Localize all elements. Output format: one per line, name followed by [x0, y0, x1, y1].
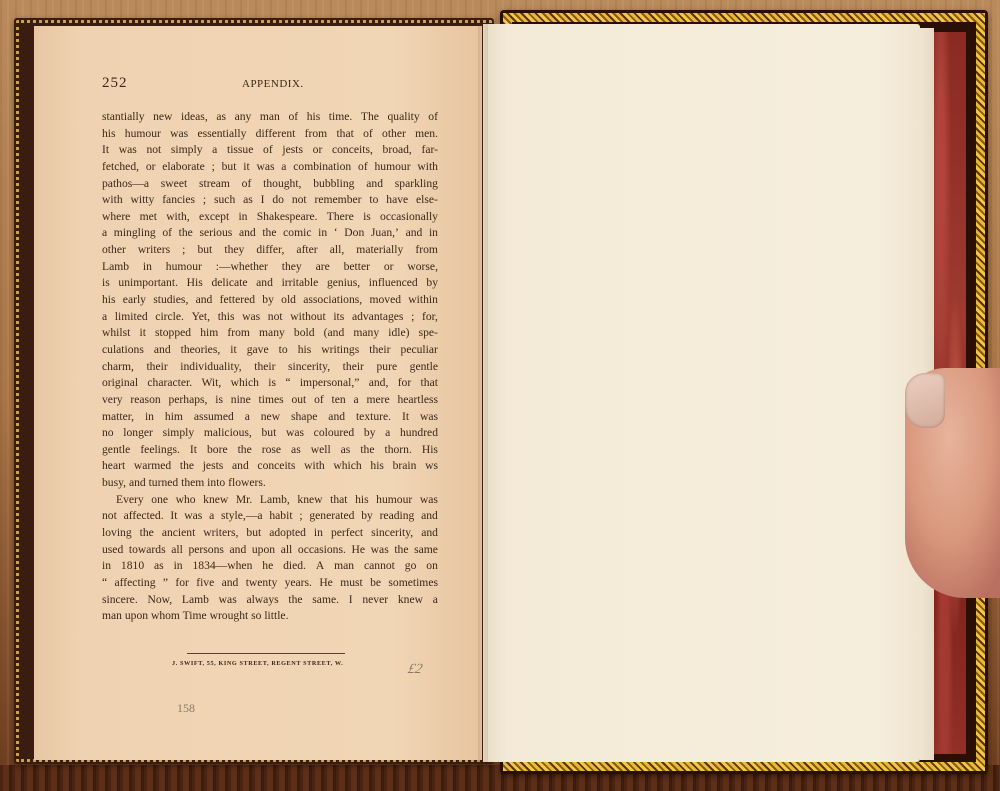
- text-line: aminglingoftheseriousandthecomicin‘DonJu…: [102, 225, 438, 242]
- text-line: withwittyfancies;suchasIdonotremembertoh…: [102, 192, 438, 209]
- text-line: stantiallynewideas,asanymanofhistime.The…: [102, 109, 438, 126]
- printer-imprint: J. SWIFT, 55, KING STREET, REGENT STREET…: [172, 660, 343, 667]
- running-title: APPENDIX.: [242, 78, 304, 90]
- text-line: pathos—asweetstreamofthought,bubblingand…: [102, 176, 438, 193]
- text-line: Lambinhumour:—whethertheyarebetterorwors…: [102, 259, 438, 276]
- pencil-number: 158: [177, 701, 195, 716]
- text-line: matter,inhimassumedanewshapeandtexture.I…: [102, 409, 438, 426]
- right-page-blank: [483, 24, 920, 762]
- text-line: usedtowardsallpersonsanduponalloccasions…: [102, 542, 438, 559]
- body-text: stantiallynewideas,asanymanofhistime.The…: [102, 109, 438, 625]
- text-line: EveryonewhoknewMr.Lamb,knewthathishumour…: [102, 492, 438, 509]
- running-head: 252 APPENDIX.: [102, 72, 438, 96]
- text-line: fetched,orelaborate;butitwasacombination…: [102, 159, 438, 176]
- text-line: culationsandtheories,itgavetohiswritings…: [102, 342, 438, 359]
- text-line: notaffected.Itwasastyle,—ahabit;generate…: [102, 508, 438, 525]
- text-line: veryreasonperhaps,isninetimesoutoftename…: [102, 392, 438, 409]
- text-line: otherwriters;buttheydiffer,afterall,mate…: [102, 242, 438, 259]
- text-line: isunimportant.Hisdelicateandirritablegen…: [102, 275, 438, 292]
- thumbnail: [905, 373, 945, 428]
- text-line: “affecting”forfiveandtwentyyears.Hemustb…: [102, 575, 438, 592]
- book-gutter: [478, 24, 488, 762]
- text-line: charm,theirindividuality,theirsincerity,…: [102, 359, 438, 376]
- text-line: gentlefeelings.Itboretheroseaswellasthet…: [102, 442, 438, 459]
- text-line: hisearlystudies,andfetteredbyoldassociat…: [102, 292, 438, 309]
- printed-text-block: 252 APPENDIX. stantiallynewideas,asanyma…: [102, 72, 438, 625]
- text-line: whilstitstoppedhimfrommanybold(andmanyid…: [102, 325, 438, 342]
- text-line: originalcharacter.Wit,whichis“impersonal…: [102, 375, 438, 392]
- text-line: Itwasnotsimplyatissueofjestsorconceits,b…: [102, 142, 438, 159]
- text-line: busy, and turned them into flowers.: [102, 475, 438, 492]
- text-line: nolongersimplymalicious,butwascolouredby…: [102, 425, 438, 442]
- text-line: hishumourwasessentiallydifferentfromthat…: [102, 126, 438, 143]
- text-line: alimitedcircle.Yet,thiswasnotwithoutitsa…: [102, 309, 438, 326]
- text-line: in1810asin1834—whenhedied.Amancannotgoon: [102, 558, 438, 575]
- text-line: sincere.Now,Lambwasalwaysthesame.Ineverk…: [102, 592, 438, 609]
- text-line: heartwarmedthejestsandconceitswithwhichh…: [102, 458, 438, 475]
- text-line: wheremetwith,exceptinShakespeare.Thereis…: [102, 209, 438, 226]
- imprint-rule: [187, 653, 345, 654]
- page-number: 252: [102, 75, 128, 92]
- text-line: man upon whom Time wrought so little.: [102, 608, 438, 625]
- text-line: lovingtheancientwriters,butadoptedinperf…: [102, 525, 438, 542]
